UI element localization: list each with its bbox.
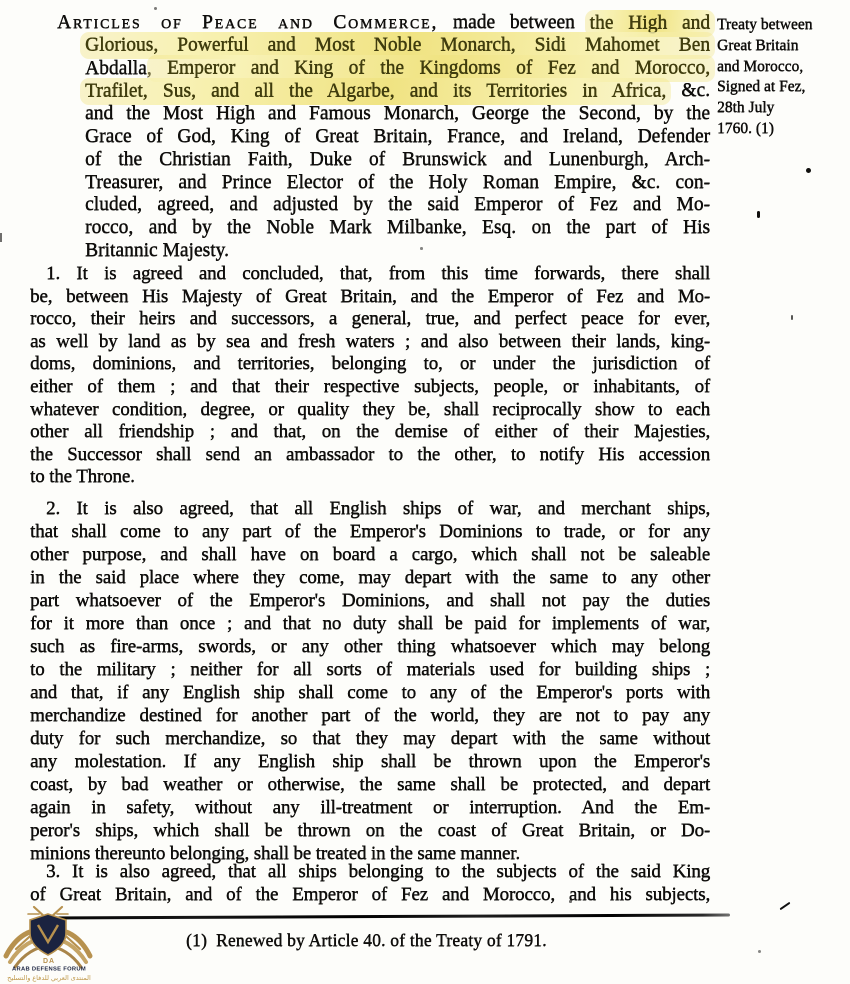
- heading-line: Abdalla, Emperor and King of the Kingdom…: [85, 58, 710, 81]
- text-line: any molestation. If any English ship sha…: [30, 750, 710, 773]
- article-1-paragraph: 1. It is agreed and concluded, that, fro…: [30, 263, 710, 489]
- text-line: of Great Britain, and of the Emperor of …: [30, 883, 710, 906]
- text-line: as well by land as by sea and fresh wate…: [30, 331, 710, 354]
- scan-speck: [757, 211, 760, 218]
- text-line: 1. It is agreed and concluded, that, fro…: [30, 263, 710, 286]
- text-line: and that, if any English ship shall come…: [30, 681, 710, 704]
- text-line: peror's ships, which shall be thrown on …: [30, 819, 710, 842]
- text-line: such as fire-arms, swords, or any other …: [30, 635, 710, 658]
- scan-speck: [780, 902, 791, 911]
- text-line: be, between His Majesty of Great Britain…: [30, 286, 710, 309]
- highlighted-text: Trafilet, Sus, and all the Algarbe, and …: [80, 78, 671, 105]
- text-line: 28th July: [717, 98, 849, 119]
- text-line: either of them ; and that their respecti…: [30, 376, 710, 399]
- margin-note: Treaty betweenGreat Britainand Morocco,S…: [717, 15, 849, 140]
- article-2-paragraph: 2. It is also agreed, that all English s…: [30, 497, 710, 865]
- text-line: whatever condition, degree, or quality t…: [30, 399, 710, 422]
- scan-speck: [569, 900, 572, 903]
- heading-line: Trafilet, Sus, and all the Algarbe, and …: [85, 80, 710, 103]
- text-line: Treaty between: [717, 15, 849, 36]
- heading-text: of the Christian Faith, Duke of Brunswic…: [85, 149, 710, 170]
- heading-line: Treasurer, and Prince Elector of the Hol…: [85, 172, 710, 195]
- text-line: other all friendship ; and that, on the …: [30, 421, 710, 444]
- logo-name-ar: المنتدى العربي للدفاع والتسليح: [7, 975, 91, 982]
- text-line: merchandize destined for another part of…: [30, 704, 710, 727]
- text-line: to the military ; neither for all sorts …: [30, 658, 710, 681]
- text-line: part whatsoever of the Emperor's Dominio…: [30, 589, 710, 612]
- text-line: that shall come to any part of the Emper…: [30, 520, 710, 543]
- text-line: doms, dominions, and territories, belong…: [30, 353, 710, 376]
- scan-speck: [791, 315, 793, 320]
- logo-name-en: ARAB DEFENSE FORUM: [12, 967, 86, 973]
- heading-line: Grace of God, King of Great Britain, Fra…: [85, 126, 710, 149]
- text-line: the Successor shall send an ambassador t…: [30, 444, 710, 467]
- heading-text: Britannic Majesty.: [85, 240, 229, 261]
- heading-text: Abdalla,: [85, 58, 152, 79]
- text-line: Great Britain: [717, 36, 849, 57]
- heading-text: Treasurer, and Prince Elector of the Hol…: [85, 172, 710, 193]
- footnote: (1) Renewed by Article 40. of the Treaty…: [186, 930, 547, 951]
- heading-text: rocco, and by the Noble Mark Milbanke, E…: [85, 217, 710, 238]
- text-line: to the Throne.: [30, 466, 710, 489]
- heading-text: &c.: [666, 80, 710, 101]
- text-line: 3. It is also agreed, that all ships bel…: [30, 860, 710, 883]
- heading-text: Grace of God, King of Great Britain, Fra…: [85, 126, 710, 147]
- text-line: for it more than once ; and that no duty…: [30, 612, 710, 635]
- heading-text: Articles of Peace and Commerce,: [57, 12, 438, 33]
- treaty-heading: Articles of Peace and Commerce, made bet…: [30, 12, 710, 263]
- footnote-rule: [46, 914, 730, 920]
- text-line: coast, by bad weather or otherwise, the …: [30, 773, 710, 796]
- text-line: other purpose, and shall have on board a…: [30, 543, 710, 566]
- scanned-document-page: Articles of Peace and Commerce, made bet…: [0, 0, 850, 984]
- heading-line: and the Most High and Famous Monarch, Ge…: [85, 103, 710, 126]
- text-line: rocco, their heirs and successors, a gen…: [30, 308, 710, 331]
- text-line: Signed at Fez,: [717, 77, 849, 98]
- heading-line: rocco, and by the Noble Mark Milbanke, E…: [85, 217, 710, 240]
- scan-speck: [758, 950, 761, 953]
- text-line: in the said place where they come, may d…: [30, 566, 710, 589]
- logo-monogram: DA: [43, 958, 55, 965]
- text-line: duty for such merchandize, so that they …: [30, 727, 710, 750]
- article-3-paragraph: 3. It is also agreed, that all ships bel…: [30, 860, 710, 906]
- watermark-logo: DA ARAB DEFENSE FORUM المنتدى العربي للد…: [3, 905, 95, 983]
- heading-line: cluded, agreed, and adjusted by the said…: [85, 194, 710, 217]
- text-line: and Morocco,: [717, 57, 849, 78]
- scan-speck: [154, 7, 157, 10]
- text-line: 1760. (1): [717, 119, 849, 140]
- scan-speck: [0, 233, 2, 242]
- text-line: again in safety, without any ill-treatme…: [30, 796, 710, 819]
- heading-line: of the Christian Faith, Duke of Brunswic…: [85, 149, 710, 172]
- scan-speck: [806, 168, 811, 173]
- text-line: 2. It is also agreed, that all English s…: [30, 497, 710, 520]
- heading-text: made between: [438, 12, 589, 33]
- heading-line: Britannic Majesty.: [85, 240, 710, 263]
- scan-speck: [420, 247, 423, 250]
- heading-text: and the Most High and Famous Monarch, Ge…: [85, 103, 710, 124]
- heading-text: cluded, agreed, and adjusted by the said…: [85, 194, 710, 215]
